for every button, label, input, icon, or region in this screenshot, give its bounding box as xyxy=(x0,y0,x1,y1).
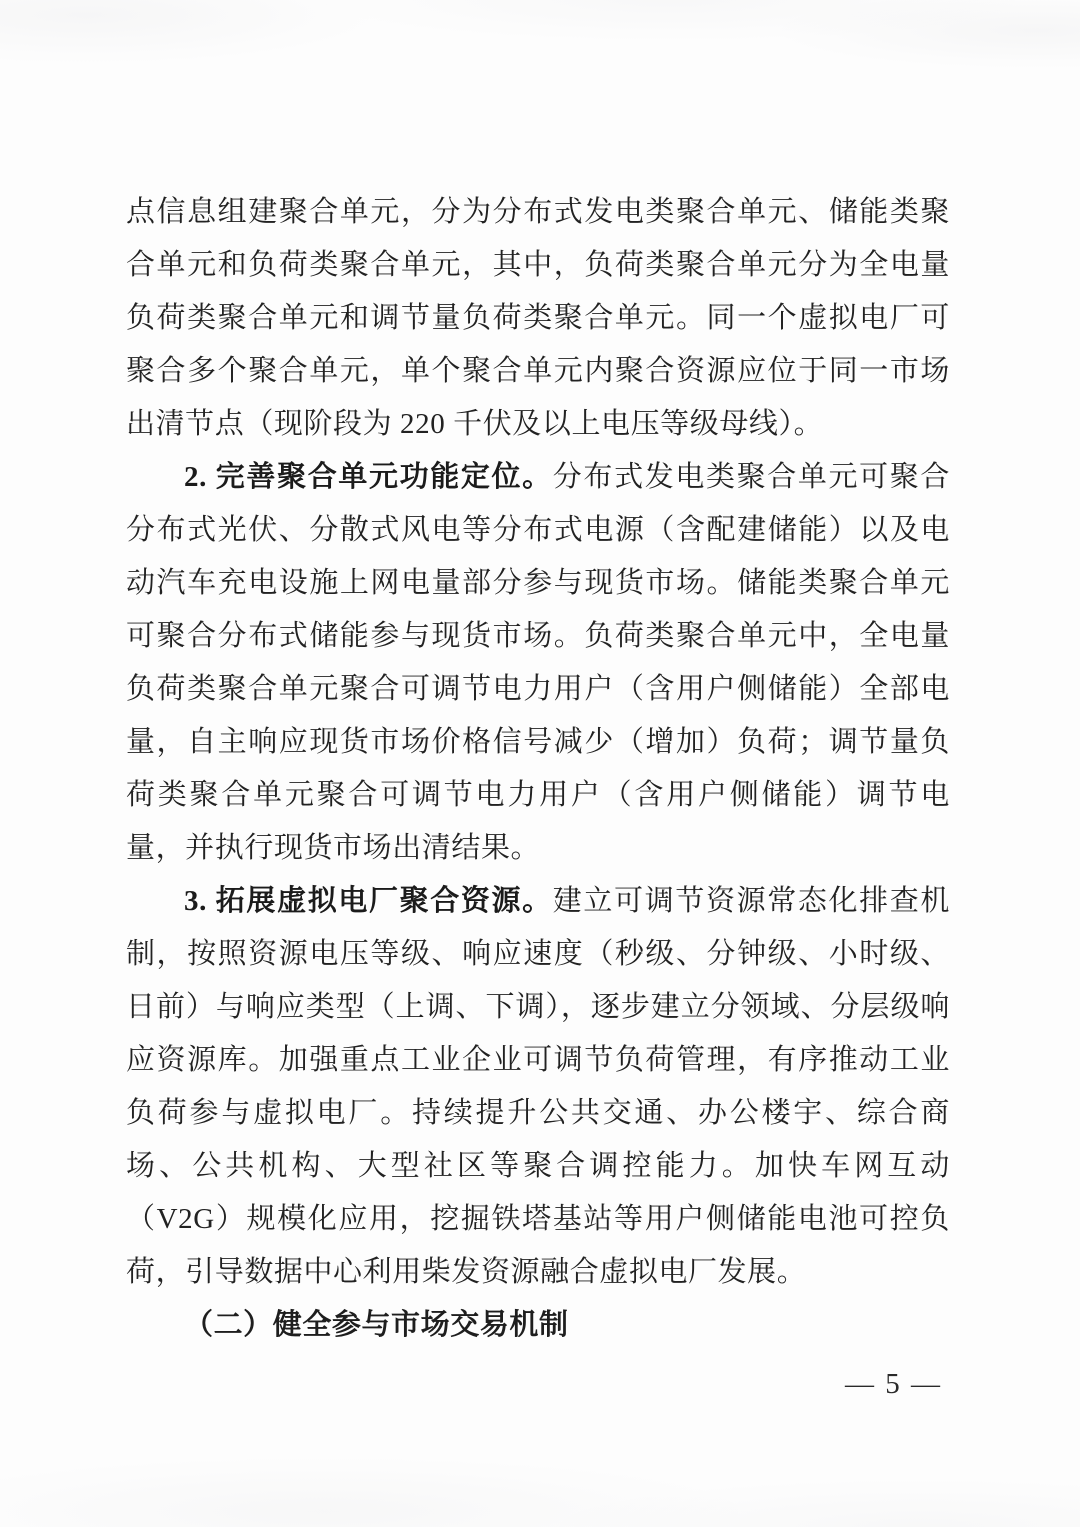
document-body: 点信息组建聚合单元，分为分布式发电类聚合单元、储能类聚合单元和负荷类聚合单元，其… xyxy=(126,186,950,1352)
paragraph-lead-bold: 3. 拓展虚拟电厂聚合资源。 xyxy=(184,885,553,917)
section-heading: （二）健全参与市场交易机制 xyxy=(126,1299,950,1352)
paragraph-text: 分布式发电类聚合单元可聚合分布式光伏、分散式风电等分布式电源（含配建储能）以及电… xyxy=(126,461,950,864)
paragraph-item-3: 3. 拓展虚拟电厂聚合资源。建立可调节资源常态化排查机制，按照资源电压等级、响应… xyxy=(126,875,950,1299)
document-page: 点信息组建聚合单元，分为分布式发电类聚合单元、储能类聚合单元和负荷类聚合单元，其… xyxy=(0,0,1080,1527)
paragraph-text: 点信息组建聚合单元，分为分布式发电类聚合单元、储能类聚合单元和负荷类聚合单元，其… xyxy=(126,196,950,440)
paragraph-continuation: 点信息组建聚合单元，分为分布式发电类聚合单元、储能类聚合单元和负荷类聚合单元，其… xyxy=(126,186,950,451)
paragraph-text: 建立可调节资源常态化排查机制，按照资源电压等级、响应速度（秒级、分钟级、小时级、… xyxy=(126,885,950,1288)
paragraph-item-2: 2. 完善聚合单元功能定位。分布式发电类聚合单元可聚合分布式光伏、分散式风电等分… xyxy=(126,451,950,875)
section-heading-text: （二）健全参与市场交易机制 xyxy=(184,1309,569,1341)
page-number: — 5 — xyxy=(845,1368,942,1400)
paragraph-lead-bold: 2. 完善聚合单元功能定位。 xyxy=(184,461,553,493)
